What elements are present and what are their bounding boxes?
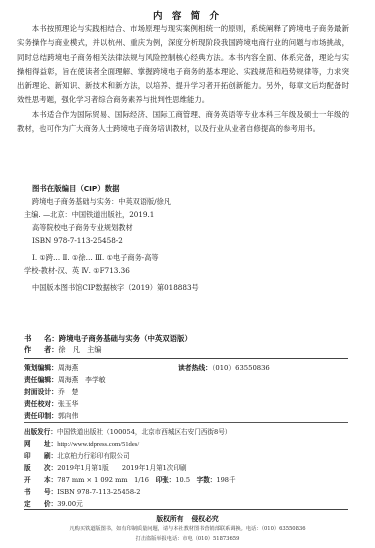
- copyright-title: 版权所有侵权必究: [0, 513, 375, 523]
- edition-row: 版次：2019年1月第1版 2019年1月第1次印刷: [24, 462, 187, 472]
- publisher-value: 中国铁道出版社（100054，北京市西城区右安门西街8号）: [57, 428, 231, 436]
- book-name-label: 书: [24, 333, 44, 344]
- format-row: 开本：787 mm × 1 092 mm 1/16 印张：10.5 字数：198…: [24, 474, 236, 484]
- reader-hotline: 读者热线：（010）63550836: [178, 362, 270, 372]
- proofreading-row: 责任校对：张玉华: [24, 398, 78, 408]
- edition-label: 版: [24, 462, 44, 472]
- copyright-page: 内 容 简 介 本书按照理论与实践相结合、市场原理与现实案例相统一的原则，系统阐…: [0, 0, 375, 548]
- isbn-label: 号：: [44, 486, 57, 496]
- cip-line: 高等院校电子商务专业规划教材: [32, 223, 133, 233]
- price-value: 39.00元: [57, 500, 82, 508]
- format-value: 787 mm × 1 092 mm 1/16: [57, 476, 155, 484]
- website-label: 址：: [44, 438, 57, 448]
- author-row: 作者：徐 凡 主编: [24, 345, 102, 355]
- publisher-row: 出版发行：中国铁道出版社（100054，北京市西城区右安门西街8号）: [24, 426, 231, 436]
- printer-label: 印: [24, 450, 44, 460]
- cip-line: ISBN 978-7-113-25458-2: [32, 236, 123, 245]
- cip-line: 学校-教材-汉、英 Ⅳ. ①F713.36: [24, 266, 130, 276]
- price-row: 定价：39.00元: [24, 498, 83, 508]
- price-label: 价：: [44, 498, 57, 508]
- cip-line: Ⅰ. ①跨… Ⅱ. ①徐… Ⅲ. ①电子商务-高等: [32, 253, 159, 263]
- cover-design-label: 封面设计：: [24, 386, 58, 396]
- divider: [24, 509, 348, 510]
- printer-value: 北京柏力行彩印有限公司: [57, 452, 130, 460]
- divider: [24, 358, 348, 359]
- cip-line: 跨境电子商务基础与实务：中英双语版/徐凡: [32, 197, 171, 207]
- copyright-title-part: 版权所有: [156, 515, 183, 523]
- responsible-editor-value: 周海燕 李学敏: [58, 376, 106, 384]
- divider: [24, 422, 348, 423]
- printing-supervisor-row: 责任印制：郭向伟: [24, 410, 78, 420]
- sheets-value: 10.5: [175, 476, 196, 484]
- word-count-label: 字数：: [197, 474, 217, 484]
- cover-design-value: 乔 楚: [58, 388, 78, 396]
- proofreading-label: 责任校对：: [24, 398, 58, 408]
- printing-supervisor-value: 郭向伟: [58, 412, 78, 420]
- printing-supervisor-label: 责任印制：: [24, 410, 58, 420]
- responsible-editor-label: 责任编辑：: [24, 374, 58, 384]
- format-label: 开: [24, 474, 44, 484]
- word-count-value: 198千: [216, 476, 235, 484]
- book-name-value: 跨境电子商务基础与实务（中英双语版）: [59, 334, 192, 343]
- author-label: 作: [24, 345, 44, 355]
- isbn-value: ISBN 978-7-113-25458-2: [57, 488, 140, 496]
- cip-heading: 图书在版编目（CIP）数据: [32, 183, 120, 194]
- copyright-title-part: 侵权必究: [192, 515, 219, 523]
- abstract-title: 内 容 简 介: [0, 8, 375, 22]
- format-label: 本：: [44, 474, 57, 484]
- abstract-body: 本书按照理论与实践相结合、市场原理与现实案例相统一的原则，系统阐释了跨境电子商务…: [17, 22, 349, 136]
- planning-editor-row: 策划编辑：周海燕: [24, 362, 78, 372]
- planning-editor-label: 策划编辑：: [24, 362, 58, 372]
- cip-line: 中国版本图书馆CIP数据核字（2019）第018883号: [32, 283, 199, 293]
- reader-hotline-value: （010）63550836: [212, 364, 270, 372]
- printer-row: 印刷：北京柏力行彩印有限公司: [24, 450, 130, 460]
- copyright-notice: 凡购买铁道版图书，如有印制质量问题，请与本社教材图书营销部联系调换。电话：（01…: [0, 525, 375, 532]
- book-name-row: 书名：跨境电子商务基础与实务（中英双语版）: [24, 333, 192, 344]
- author-label: 者：: [44, 345, 58, 354]
- edition-value: 2019年1月第1版 2019年1月第1次印刷: [57, 464, 186, 472]
- cover-design-row: 封面设计：乔 楚: [24, 386, 78, 396]
- abstract-paragraph: 本书按照理论与实践相结合、市场原理与现实案例相统一的原则，系统阐释了跨境电子商务…: [17, 22, 349, 108]
- author-value: 徐 凡 主编: [58, 345, 101, 354]
- proofreading-value: 张玉华: [58, 400, 78, 408]
- abstract-paragraph: 本书适合作为国际贸易、国际经济、国际工商管理、商务英语等专业本科三年级及硕士一年…: [17, 108, 349, 137]
- book-name-label: 名：: [44, 334, 59, 343]
- isbn-label: 书: [24, 486, 44, 496]
- website-url: http://www.tdpress.com/51des/: [57, 441, 139, 448]
- reader-hotline-label: 读者热线：: [178, 364, 212, 372]
- edition-label: 次：: [44, 462, 57, 472]
- isbn-row: 书号：ISBN 978-7-113-25458-2: [24, 486, 140, 496]
- sheets-label: 印张：: [156, 474, 176, 484]
- website-row: 网址：http://www.tdpress.com/51des/: [24, 438, 139, 448]
- publisher-label: 出版发行：: [24, 426, 57, 436]
- website-label: 网: [24, 438, 44, 448]
- cip-line: 主编. —北京：中国铁道出版社，2019.1: [24, 210, 154, 220]
- price-label: 定: [24, 498, 44, 508]
- responsible-editor-row: 责任编辑：周海燕 李学敏: [24, 374, 106, 384]
- planning-editor-value: 周海燕: [58, 364, 78, 372]
- printer-label: 刷：: [44, 450, 57, 460]
- anti-piracy-hotline: 打击盗版举报电话：市电（010）51873659: [0, 535, 375, 542]
